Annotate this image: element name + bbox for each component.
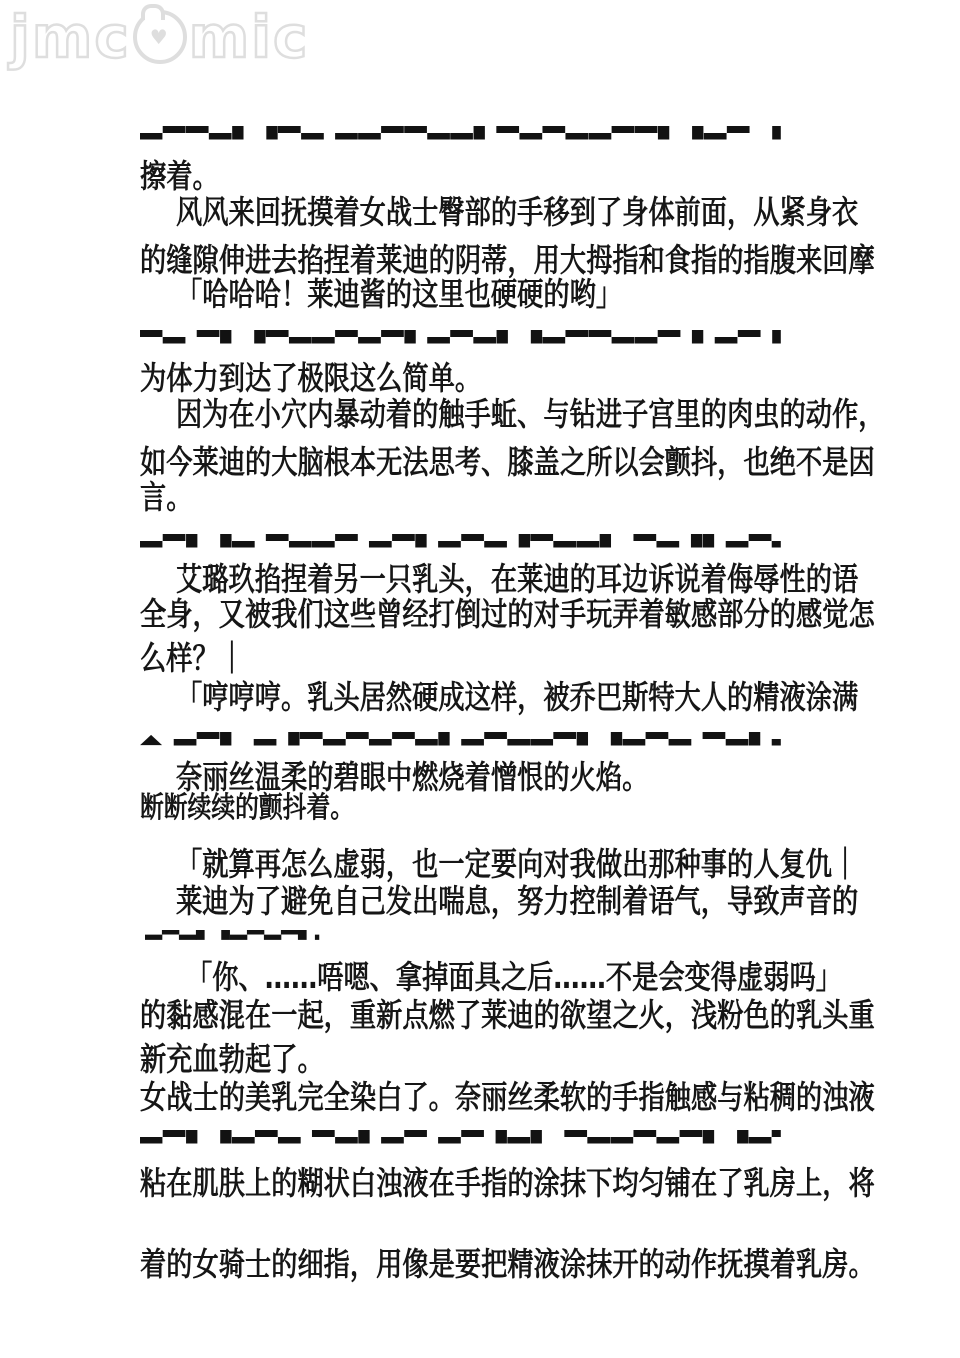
text-line: 如今莱迪的大脑根本无法思考、膝盖之所以会颤抖，也绝不是因 xyxy=(140,446,875,478)
text-line: 「你、……唔嗯、拿掉面具之后……不是会变得虚弱吗」 xyxy=(186,961,842,993)
text-line: 奈丽丝温柔的碧眼中燃烧着憎恨的火焰。 xyxy=(176,761,648,793)
garbled-text-line: ▄▀▄▌▐▄▀▄▀▌▄▀▐▄ ▀▄▌ xyxy=(145,930,319,940)
text-line: 因为在小穴内暴动着的触手蚯、与钻进子宫里的肉虫的动作， xyxy=(176,398,884,430)
text-line: 全身，又被我们这些曾经打倒过的对手玩弄着敏感部分的感觉怎 xyxy=(140,598,875,630)
garbled-text-line: ▄▀▀▄▌▐▀▄ ▄▄▀▀▄▄▌▀▄▀▄▄▀▀▌▐▄▀ ▐▄▀ ▄▀▄ ▀▄▐▄… xyxy=(140,126,781,139)
text-line: 的缝隙伸进去掐捏着莱迪的阴蒂，用大拇指和食指的指腹来回摩 xyxy=(140,244,875,276)
text-line: 风风来回抚摸着女战士臀部的手移到了身体前面，从紧身衣 xyxy=(176,196,858,228)
text-line: 擦着。 xyxy=(140,160,219,192)
smiley-ear xyxy=(141,4,165,20)
text-line: 「就算再怎么虚弱，也一定要向对我做出那种事的人复仇｜ xyxy=(176,848,858,880)
garbled-text-line: ▄▀▌▐▄▀▄ ▀▄▌▄▀ ▄▀▐▄▌ ▀▄▄▀▄▀▌▐▄▀▄▄▀▌▄ ▀▄▐ … xyxy=(140,1130,781,1143)
text-line: 莱迪为了避免自己发出喘息，努力控制着语气，导致声音的 xyxy=(176,885,858,917)
text-line: 女战士的美乳完全染白了。奈丽丝柔软的手指触感与粘稠的浊液 xyxy=(140,1081,875,1113)
heart-icon: ♥ xyxy=(150,27,170,47)
smiley-face-icon: ♥ xyxy=(133,10,187,64)
text-line: 「哼哼哼。乳头居然硬成这样，被乔巴斯特大人的精液涂满 xyxy=(176,681,858,713)
text-line: 的黏感混在一起，重新点燃了莱迪的欲望之火，浅粉色的乳头重 xyxy=(140,999,875,1031)
text-line: 着的女骑士的细指，用像是要把精液涂抹开的动作抚摸着乳房。 xyxy=(140,1248,875,1280)
watermark: jmc ♥ mic xyxy=(10,8,309,66)
text-line: 「哈哈哈！莱迪酱的这里也硬硬的哟」 xyxy=(176,278,622,310)
text-line: 么样？｜ xyxy=(140,642,245,674)
text-line: 新充血勃起了。 xyxy=(140,1043,324,1075)
text-line: 艾璐玖掐捏着另一只乳头，在莱迪的耳边诉说着侮辱性的语 xyxy=(176,563,858,595)
text-line: 粘在肌肤上的糊状白浊液在手指的涂抹下均匀铺在了乳房上，将 xyxy=(140,1167,875,1199)
garbled-text-line: ▲ ▄▀▌ ▄▐▀▄▀▄▀▄▌▄▀▄▄▀▌▐▄▀▄ ▀▄▌▄▀▐▄▀ ▄▌▀▄▄… xyxy=(140,732,781,745)
text-line: 言。 xyxy=(140,481,192,513)
text-line: 断断续续的颤抖着。 xyxy=(140,793,354,822)
watermark-text-suffix: mic xyxy=(189,8,310,66)
garbled-text-line: ▀▄ ▀▌▐▀▄▄▀▄▀▌▄▀▄▌▐▄▀▀▄▄▀ ▌▄▀▐▀▄▄▌▀▄▀▄▄▀▐… xyxy=(140,330,781,343)
watermark-text-prefix: jmc xyxy=(10,8,131,66)
text-line: 为体力到达了极限这么简单。 xyxy=(140,362,481,394)
garbled-text-line: ▄▀▌▐▄ ▀▄▄▀ ▄▀▌▄▀▄▐▀▄▄▌ ▀▄▐▌▄▀▄▀ ▄▀▄▌▐▀▄▄… xyxy=(140,534,781,547)
